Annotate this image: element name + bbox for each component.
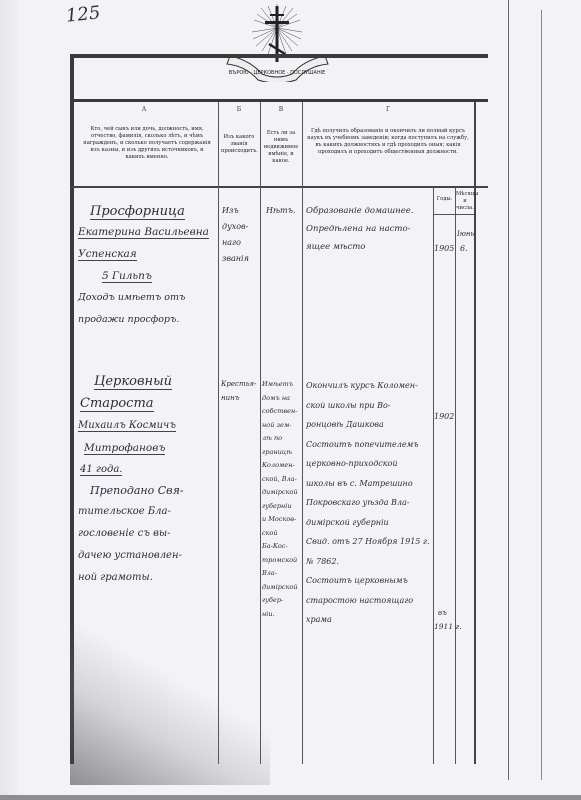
entry-property-line: лѣ по bbox=[262, 432, 302, 446]
entry-property-line: собствен- bbox=[262, 405, 302, 419]
column-header-person: Кто, чей сынъ или дочь, должность, имя, … bbox=[80, 126, 214, 161]
entry-property-block: Имѣетъ домъ на собствен- ной зем- лѣ по … bbox=[262, 378, 302, 621]
entry-property-line: Коломен- bbox=[262, 459, 302, 473]
entry-property-line: димірской bbox=[262, 581, 302, 595]
entry-service-line: ской школы при Во- bbox=[306, 396, 434, 416]
entry-property-line: тромской bbox=[262, 554, 302, 568]
header-bottom-border bbox=[70, 186, 488, 188]
entry-service-line: № 7862. bbox=[306, 552, 434, 572]
entry-service-line: димірской губерніи bbox=[306, 513, 434, 533]
entry-property-line: губерніи bbox=[262, 500, 302, 514]
column-header-property: Есть ли за нимъ недвижимое имѣніе, и как… bbox=[263, 130, 299, 165]
column-divider bbox=[455, 187, 456, 764]
entry-age: 5 Гильпъ bbox=[102, 270, 152, 283]
entry-service-line: ронцовѣ Дашкова bbox=[306, 415, 434, 435]
entry-service-line: Состоитъ попечителемъ bbox=[306, 435, 434, 455]
entry-service-line: ящее мѣсто bbox=[306, 242, 365, 252]
entry-origin-line: Изъ bbox=[222, 206, 239, 215]
entry-title: Староста bbox=[80, 396, 154, 412]
entry-day: 6. bbox=[460, 244, 468, 253]
column-header-origin: Изъ какого званія происходитъ. bbox=[221, 134, 257, 155]
entry-origin-line: наго bbox=[222, 238, 241, 247]
entry-service-block: Окончилъ курсъ Коломен- ской школы при В… bbox=[306, 376, 434, 630]
header-top-border bbox=[70, 99, 488, 102]
page-bottom-edge bbox=[0, 795, 581, 800]
column-header-month-day: Мѣсяцы и числа. bbox=[456, 191, 474, 212]
entry-year: 1902 bbox=[434, 412, 454, 421]
entry-service-line: Окончилъ курсъ Коломен- bbox=[306, 376, 434, 396]
entry-name-line: Митрофановъ bbox=[84, 442, 165, 455]
entry-income-line: дачею установлен- bbox=[78, 550, 182, 561]
entry-origin-line: духов- bbox=[222, 222, 248, 231]
entry-year: 1905 bbox=[434, 244, 454, 253]
entry-property-line: ной зем- bbox=[262, 419, 302, 433]
column-letter: Г bbox=[302, 106, 474, 113]
entry-title: Церковный bbox=[94, 374, 172, 390]
entry-income-line: ной грамоты. bbox=[78, 572, 153, 583]
entry-title: Просфорница bbox=[90, 204, 185, 220]
column-letter: А bbox=[70, 106, 218, 113]
entry-property-line: границѣ bbox=[262, 446, 302, 460]
scan-shadow bbox=[70, 620, 270, 785]
entry-property-line: Ба-Кос- bbox=[262, 540, 302, 554]
entry-month: въ bbox=[438, 609, 447, 617]
entry-origin-line: Крестья- bbox=[221, 380, 256, 388]
scan-margin bbox=[0, 0, 18, 800]
entry-property-line: ніи. bbox=[262, 608, 302, 622]
entry-origin-line: нинъ bbox=[221, 394, 239, 402]
column-header-year: Годы. bbox=[434, 196, 455, 203]
entry-property-line: и Москов- bbox=[262, 513, 302, 527]
entry-property-line: ской bbox=[262, 527, 302, 541]
date-header-divider bbox=[433, 214, 474, 215]
entry-income-line: Преподано Свя- bbox=[90, 484, 184, 497]
page-number: 125 bbox=[65, 2, 101, 26]
entry-age: 41 года. bbox=[80, 464, 122, 476]
entry-service-line: старостою настоящаго bbox=[306, 591, 434, 611]
entry-property-line: Имѣетъ bbox=[262, 378, 302, 392]
entry-origin-line: званія bbox=[222, 254, 249, 263]
entry-name-line: Успенская bbox=[78, 248, 137, 261]
entry-property: Нѣтъ. bbox=[266, 206, 296, 215]
entry-property-line: ской, Вла- bbox=[262, 473, 302, 487]
entry-property-line: Вла- bbox=[262, 567, 302, 581]
margin-rule bbox=[541, 10, 542, 780]
entry-service-line: Состоитъ церковнымъ bbox=[306, 571, 434, 591]
entry-property-line: губер- bbox=[262, 594, 302, 608]
entry-service-line: Опредѣлена на насто- bbox=[306, 224, 410, 234]
entry-name-line: Михаилъ Космичъ bbox=[78, 420, 176, 432]
top-border bbox=[70, 54, 488, 58]
entry-income-line: продажи просфоръ. bbox=[78, 314, 179, 325]
entry-month: Іюнь bbox=[457, 230, 474, 238]
margin-rule bbox=[508, 0, 509, 780]
entry-service-line: храма bbox=[306, 610, 434, 630]
column-letter: Б bbox=[218, 106, 260, 113]
entry-service-line: Покровскаго уѣзда Вла- bbox=[306, 493, 434, 513]
entry-income-line: тительское Бла- bbox=[78, 506, 171, 517]
column-divider bbox=[302, 102, 303, 764]
entry-income-line: гословеніе съ вы- bbox=[78, 528, 170, 539]
entry-day: 1911 г. bbox=[434, 622, 462, 631]
column-letter: В bbox=[260, 106, 302, 113]
entry-property-line: домъ на bbox=[262, 392, 302, 406]
entry-property-line: димірской bbox=[262, 486, 302, 500]
entry-income-line: Доходъ имѣетъ отъ bbox=[78, 292, 185, 303]
entry-name-line: Екатерина Васильевна bbox=[78, 226, 209, 239]
entry-service-line: Образованіе домашнее. bbox=[306, 206, 414, 216]
column-header-service: Гдѣ получилъ образованіе и окончилъ ли п… bbox=[306, 128, 470, 156]
entry-service-line: школы въ с. Матрешино bbox=[306, 474, 434, 494]
column-divider bbox=[474, 102, 476, 764]
entry-service-line: церковно-приходской bbox=[306, 454, 434, 474]
entry-service-line: Свид. отъ 27 Ноября 1915 г. bbox=[306, 532, 434, 552]
